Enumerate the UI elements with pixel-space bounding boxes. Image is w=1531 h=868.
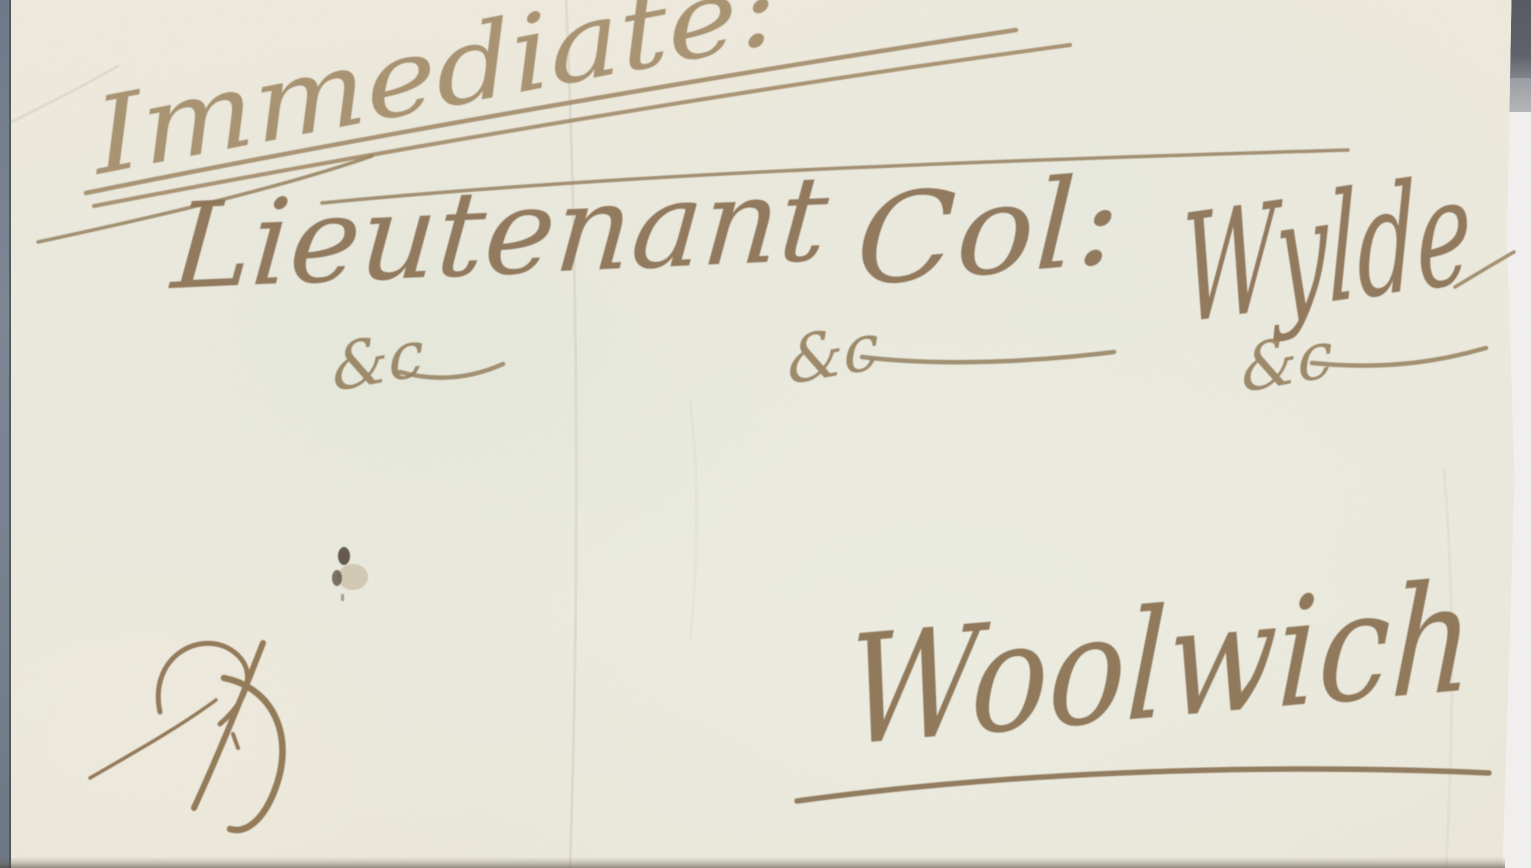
addressee-word-lieutenant: Lieutenant [166, 149, 834, 316]
envelope-bottom-shadow [0, 857, 1505, 868]
handwriting-layer: Immediate: Lieutenant Col: Wylde &c [0, 0, 1531, 868]
etcetera-mark-2: &c [786, 309, 880, 400]
envelope-scan: Immediate: Lieutenant Col: Wylde &c [0, 0, 1531, 868]
etcetera-mark-1: &c [331, 316, 425, 407]
addressee-word-col: Col: [854, 148, 1123, 315]
